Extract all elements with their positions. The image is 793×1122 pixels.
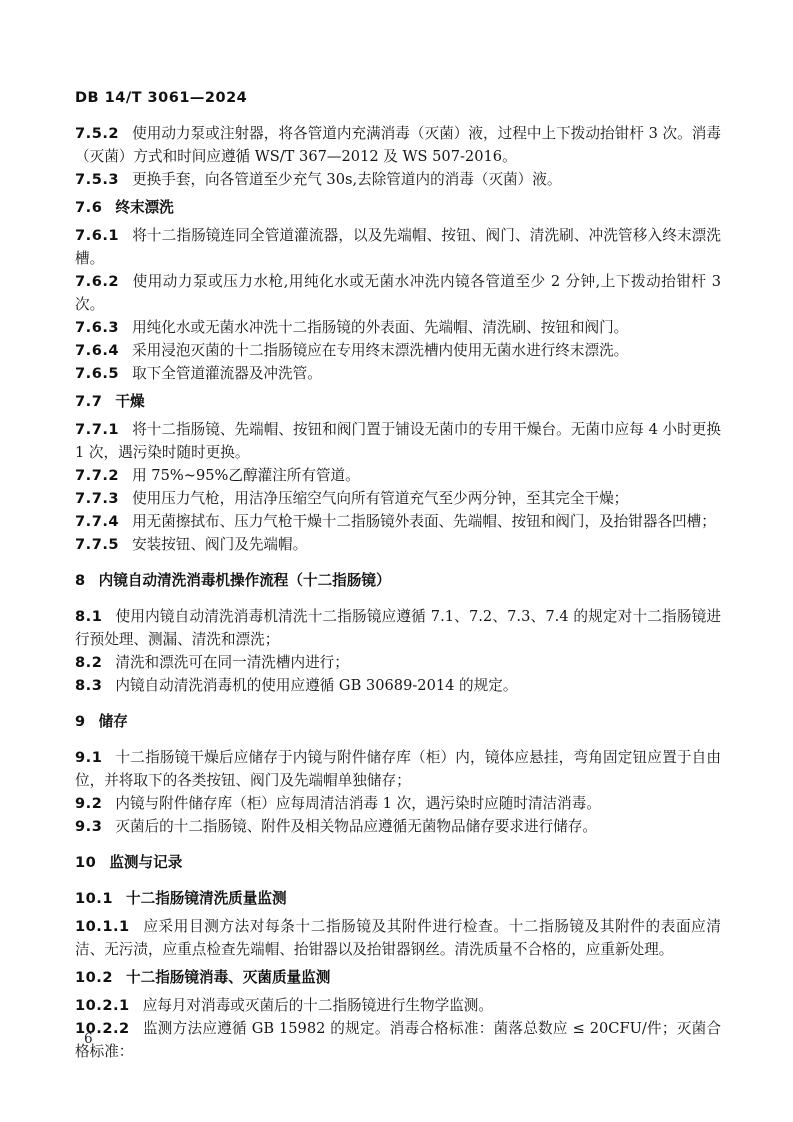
standard-number-header: DB 14/T 3061—2024 [75,88,721,108]
clause-text: 应每月对消毒或灭菌后的十二指肠镜进行生物学监测。 [143,997,493,1014]
clause-text: 安装按钮、阀门及先端帽。 [132,536,307,553]
clause-text: 用无菌擦拭布、压力气枪干燥十二指肠镜外表面、先端帽、按钮和阀门，及抬钳器各凹槽； [132,513,716,530]
clause-number: 7.7.4 [75,513,132,530]
clause-paragraph: 7.6.3用纯化水或无菌水冲洗十二指肠镜的外表面、先端帽、清洗刷、按钮和阀门。 [75,316,721,339]
clause-paragraph: 7.7.2用 75%~95%乙醇灌注所有管道。 [75,464,721,487]
clause-number: 9.3 [75,818,115,835]
clause-text: 用纯化水或无菌水冲洗十二指肠镜的外表面、先端帽、清洗刷、按钮和阀门。 [132,319,628,336]
clause-number: 8.1 [75,608,115,625]
heading-text: 内镜自动清洗消毒机操作流程（十二指肠镜） [99,572,391,589]
clause-paragraph: 7.7.3使用压力气枪，用洁净压缩空气向所有管道充气至少两分钟，至其完全干燥； [75,487,721,510]
section-heading: 9储存 [75,710,721,733]
clause-text: 清洗和漂洗可在同一清洗槽内进行； [115,654,349,671]
clause-number: 10.1.1 [75,918,143,935]
clause-paragraph: 7.6.4采用浸泡灭菌的十二指肠镜应在专用终末漂洗槽内使用无菌水进行终末漂洗。 [75,339,721,362]
clause-text: 十二指肠镜干燥后应储存于内镜与附件储存库（柜）内，镜体应悬挂，弯角固定钮应置于自… [75,749,721,789]
clause-paragraph: 7.5.3更换手套，向各管道至少充气 30s,去除管道内的消毒（灭菌）液。 [75,168,721,191]
clause-number: 10.2.1 [75,997,143,1014]
page-number: 6 [84,1031,93,1047]
clause-paragraph: 7.7.1将十二指肠镜、先端帽、按钮和阀门置于铺设无菌巾的专用干燥台。无菌巾应每… [75,418,721,464]
clause-paragraph: 7.6.2使用动力泵或压力水枪,用纯化水或无菌水冲洗内镜各管道至少 2 分钟,上… [75,270,721,316]
clause-paragraph: 9.1十二指肠镜干燥后应储存于内镜与附件储存库（柜）内，镜体应悬挂，弯角固定钮应… [75,746,721,792]
heading-number: 7.7 [75,393,115,410]
clause-paragraph: 7.6.5取下全管道灌流器及冲洗管。 [75,362,721,385]
document-page: DB 14/T 3061—2024 7.5.2使用动力泵或注射器，将各管道内充满… [0,0,793,1122]
clause-text: 采用浸泡灭菌的十二指肠镜应在专用终末漂洗槽内使用无菌水进行终末漂洗。 [132,342,628,359]
clause-paragraph: 9.3灭菌后的十二指肠镜、附件及相关物品应遵循无菌物品储存要求进行储存。 [75,815,721,838]
clause-text: 更换手套，向各管道至少充气 30s,去除管道内的消毒（灭菌）液。 [132,171,561,188]
section-heading: 10.1十二指肠镜清洗质量监测 [75,887,721,910]
clause-text: 取下全管道灌流器及冲洗管。 [132,365,322,382]
clause-text: 使用压力气枪，用洁净压缩空气向所有管道充气至少两分钟，至其完全干燥； [132,490,628,507]
clause-number: 7.7.3 [75,490,132,507]
clause-paragraph: 10.2.1应每月对消毒或灭菌后的十二指肠镜进行生物学监测。 [75,994,721,1017]
clause-text: 将十二指肠镜、先端帽、按钮和阀门置于铺设无菌巾的专用干燥台。无菌巾应每 4 小时… [75,421,721,461]
clause-number: 7.7.2 [75,467,132,484]
section-heading: 7.7干燥 [75,390,721,413]
clause-number: 7.6.4 [75,342,132,359]
section-heading: 10.2十二指肠镜消毒、灭菌质量监测 [75,966,721,989]
clause-paragraph: 8.2清洗和漂洗可在同一清洗槽内进行； [75,651,721,674]
clause-paragraph: 10.1.1应采用目测方法对每条十二指肠镜及其附件进行检查。十二指肠镜及其附件的… [75,915,721,961]
clause-paragraph: 9.2内镜与附件储存库（柜）应每周清洁消毒 1 次，遇污染时应随时清洁消毒。 [75,792,721,815]
clause-number: 7.5.2 [75,125,132,142]
clause-number: 9.2 [75,795,115,812]
clause-paragraph: 7.6.1将十二指肠镜连同全管道灌流器，以及先端帽、按钮、阀门、清洗刷、冲洗管移… [75,224,721,270]
clause-paragraph: 7.7.4用无菌擦拭布、压力气枪干燥十二指肠镜外表面、先端帽、按钮和阀门，及抬钳… [75,510,721,533]
clause-number: 7.6.2 [75,273,132,290]
section-heading: 7.6终末漂洗 [75,196,721,219]
section-heading: 10监测与记录 [75,851,721,874]
clause-paragraph: 8.3内镜自动清洗消毒机的使用应遵循 GB 30689-2014 的规定。 [75,674,721,697]
document-body: 7.5.2使用动力泵或注射器，将各管道内充满消毒（灭菌）液，过程中上下拨动抬钳杆… [75,122,721,1063]
clause-number: 8.2 [75,654,115,671]
section-heading: 8内镜自动清洗消毒机操作流程（十二指肠镜） [75,569,721,592]
clause-number: 7.6.1 [75,227,132,244]
clause-paragraph: 7.7.5安装按钮、阀门及先端帽。 [75,533,721,556]
heading-number: 10 [75,854,109,871]
heading-number: 10.1 [75,890,126,907]
clause-text: 将十二指肠镜连同全管道灌流器，以及先端帽、按钮、阀门、清洗刷、冲洗管移入终末漂洗… [75,227,721,267]
clause-text: 用 75%~95%乙醇灌注所有管道。 [132,467,360,484]
heading-number: 10.2 [75,969,126,986]
clause-number: 7.5.3 [75,171,132,188]
heading-number: 8 [75,572,99,589]
clause-text: 使用动力泵或注射器，将各管道内充满消毒（灭菌）液，过程中上下拨动抬钳杆 3 次。… [75,125,721,165]
clause-text: 应采用目测方法对每条十二指肠镜及其附件进行检查。十二指肠镜及其附件的表面应清洁、… [75,918,721,958]
heading-text: 监测与记录 [109,854,182,871]
heading-text: 终末漂洗 [115,199,173,216]
clause-number: 8.3 [75,677,115,694]
clause-paragraph: 8.1使用内镜自动清洗消毒机清洗十二指肠镜应遵循 7.1、7.2、7.3、7.4… [75,605,721,651]
clause-number: 7.7.5 [75,536,132,553]
clause-paragraph: 10.2.2监测方法应遵循 GB 15982 的规定。消毒合格标准：菌落总数应 … [75,1017,721,1063]
clause-number: 7.6.3 [75,319,132,336]
heading-text: 干燥 [115,393,144,410]
clause-number: 9.1 [75,749,115,766]
heading-text: 十二指肠镜清洗质量监测 [126,890,287,907]
clause-text: 内镜与附件储存库（柜）应每周清洁消毒 1 次，遇污染时应随时清洁消毒。 [115,795,601,812]
clause-text: 灭菌后的十二指肠镜、附件及相关物品应遵循无菌物品储存要求进行储存。 [115,818,597,835]
clause-text: 使用动力泵或压力水枪,用纯化水或无菌水冲洗内镜各管道至少 2 分钟,上下拨动抬钳… [75,273,721,313]
clause-text: 监测方法应遵循 GB 15982 的规定。消毒合格标准：菌落总数应 ≤ 20CF… [75,1020,721,1060]
heading-text: 储存 [99,713,128,730]
clause-number: 7.6.5 [75,365,132,382]
heading-number: 9 [75,713,99,730]
clause-paragraph: 7.5.2使用动力泵或注射器，将各管道内充满消毒（灭菌）液，过程中上下拨动抬钳杆… [75,122,721,168]
clause-text: 使用内镜自动清洗消毒机清洗十二指肠镜应遵循 7.1、7.2、7.3、7.4 的规… [75,608,721,648]
heading-text: 十二指肠镜消毒、灭菌质量监测 [126,969,330,986]
heading-number: 7.6 [75,199,115,216]
clause-text: 内镜自动清洗消毒机的使用应遵循 GB 30689-2014 的规定。 [115,677,517,694]
clause-number: 7.7.1 [75,421,132,438]
